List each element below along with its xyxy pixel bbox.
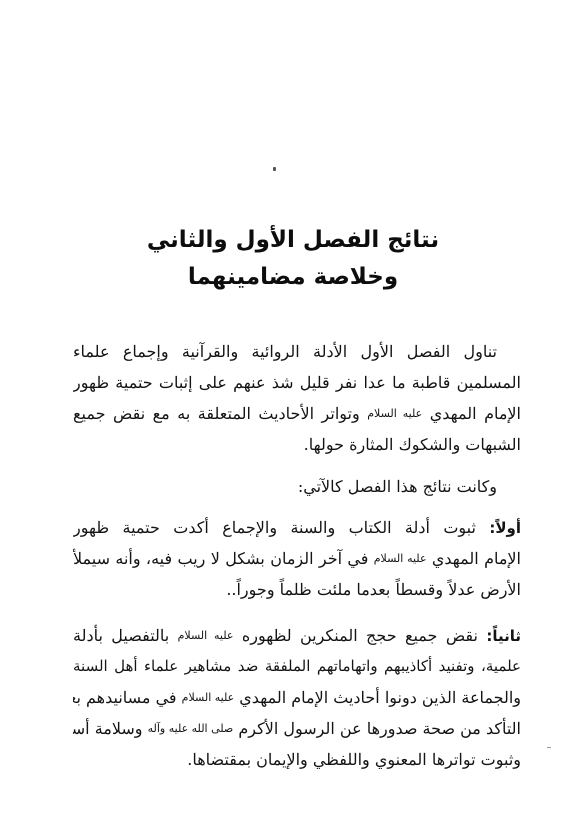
second-line-4: التأكد من صحة صدورها عن الرسول الأكرم صل…: [73, 713, 521, 744]
first-point-paragraph: أولاً: ثبوت أدلة الكتاب والسنة والإجماع …: [73, 512, 521, 605]
lead-line: وكانت نتائج هذا الفصل كالآتي:: [73, 471, 521, 502]
chapter-title-line-2: وخلاصة مضامينهما: [0, 259, 586, 296]
chapter-title: نتائج الفصل الأول والثاني وخلاصة مضامينه…: [0, 222, 586, 296]
first-ordinal: أولاً:: [489, 519, 521, 537]
first-line-1: أولاً: ثبوت أدلة الكتاب والسنة والإجماع …: [73, 512, 521, 543]
page-body: تناول الفصل الأول الأدلة الروائية والقرآ…: [73, 336, 521, 775]
honorific-ligature: عليه السلام: [178, 629, 234, 642]
first-line-2-b: في آخر الزمان بشكل لا ريب فيه، وأنه سيمل…: [73, 549, 368, 568]
second-line-3-a: والجماعة الذين دونوا أحاديث الإمام المهد…: [239, 688, 521, 707]
intro-line-3-b: وتواتر الأحاديث المتعلقة به مع نقض جميع: [73, 404, 360, 423]
second-ordinal: ثانياً:: [486, 627, 521, 645]
intro-line-1: تناول الفصل الأول الأدلة الروائية والقرآ…: [73, 336, 521, 367]
intro-line-4: الشبهات والشكوك المثارة حولها.: [73, 429, 521, 460]
scan-speck: [273, 167, 276, 171]
intro-line-3: الإمام المهدي عليه السلام وتواتر الأحادي…: [73, 398, 521, 429]
honorific-ligature: عليه السلام: [367, 407, 422, 420]
first-line-1-text: ثبوت أدلة الكتاب والسنة والإجماع أكدت حت…: [73, 518, 476, 537]
honorific-ligature: عليه السلام: [374, 552, 427, 565]
scan-mark: [547, 747, 551, 748]
first-line-2: الإمام المهدي عليه السلام في آخر الزمان …: [73, 543, 521, 574]
intro-line-3-a: الإمام المهدي: [430, 404, 521, 423]
intro-line-2: المسلمين قاطبة ما عدا نفر قليل شذ عنهم ع…: [73, 367, 521, 398]
second-line-4-b: وسلامة أسانيدها: [73, 719, 143, 738]
second-line-2: علمية، وتفنيد أكاذيبهم واتهاماتهم الملفق…: [73, 651, 521, 682]
first-line-2-a: الإمام المهدي: [432, 549, 521, 568]
second-line-3-b: في مسانيدهم بعد: [73, 688, 177, 707]
lead-paragraph: وكانت نتائج هذا الفصل كالآتي:: [73, 471, 521, 502]
first-line-3: الأرض عدلاً وقسطاً بعدما ملئت ظلماً وجور…: [73, 574, 521, 605]
second-line-1-a: نقض جميع حجج المنكرين لظهوره: [242, 626, 478, 645]
second-line-5: وثبوت تواترها المعنوي واللفظي والإيمان ب…: [73, 744, 521, 775]
honorific-ligature: عليه السلام: [182, 691, 235, 704]
second-line-3: والجماعة الذين دونوا أحاديث الإمام المهد…: [73, 682, 521, 713]
second-line-1-b: بالتفصيل بأدلة: [73, 626, 169, 645]
chapter-title-line-1: نتائج الفصل الأول والثاني: [0, 222, 586, 259]
second-line-1: ثانياً: نقض جميع حجج المنكرين لظهوره علي…: [73, 620, 521, 651]
second-line-4-a: التأكد من صحة صدورها عن الرسول الأكرم: [238, 719, 521, 738]
intro-paragraph: تناول الفصل الأول الأدلة الروائية والقرآ…: [73, 336, 521, 460]
second-point-paragraph: ثانياً: نقض جميع حجج المنكرين لظهوره علي…: [73, 620, 521, 775]
honorific-ligature-prophet: صلى الله عليه وآله: [148, 722, 234, 735]
